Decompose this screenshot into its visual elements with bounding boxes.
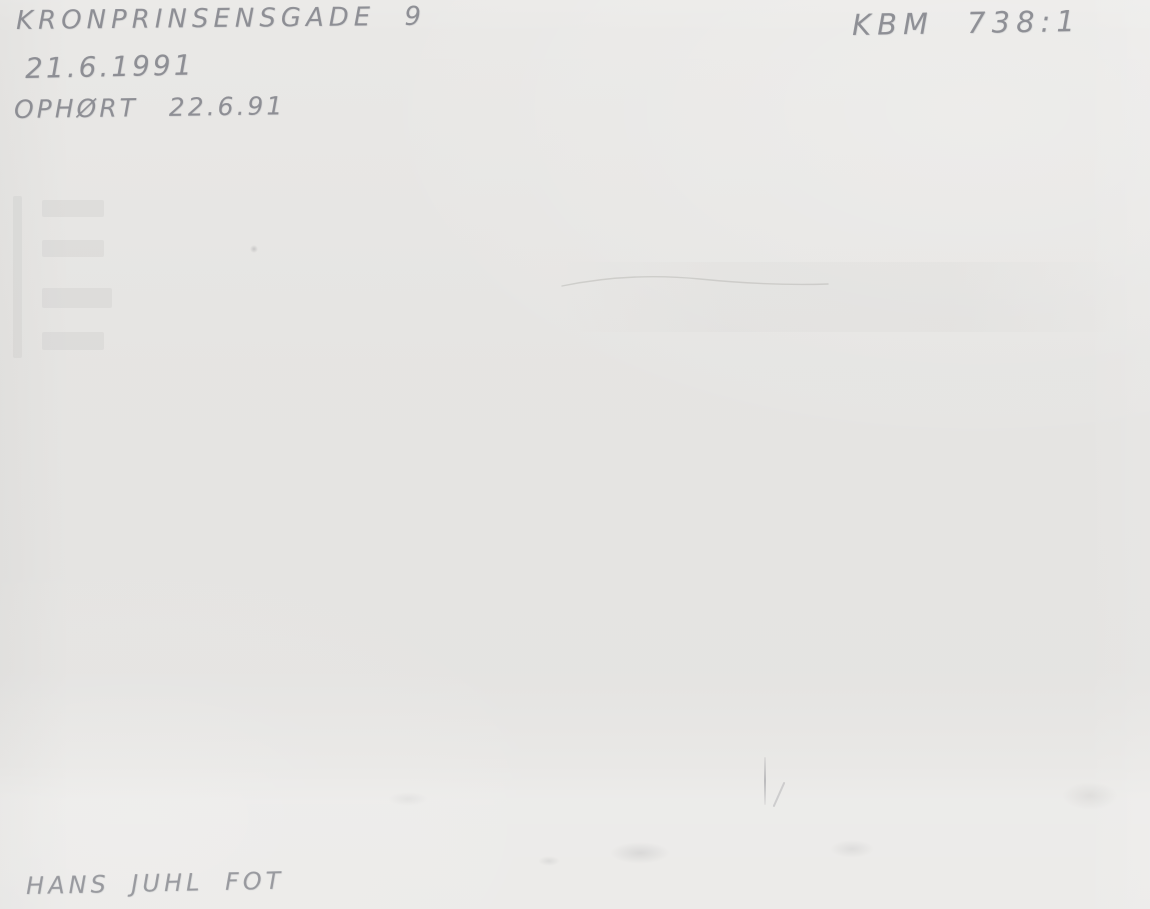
smudge-mark xyxy=(830,840,874,858)
pencil-tick-mark xyxy=(764,757,766,805)
photographer-annotation: HANS JUHL FOT xyxy=(26,867,285,900)
ghost-bleedthrough xyxy=(42,332,104,350)
smudge-mark xyxy=(1062,782,1118,810)
smudge-mark xyxy=(538,856,560,866)
smudge-mark xyxy=(610,842,670,864)
cessation-date-annotation: OPHØRT 22.6.91 xyxy=(14,91,286,124)
ghost-bleedthrough xyxy=(13,196,22,358)
ghost-bleedthrough xyxy=(42,240,104,257)
pencil-tick-mark xyxy=(773,782,786,807)
date-annotation: 21.6.1991 xyxy=(25,48,195,85)
archive-number-annotation: KBM 738:1 xyxy=(852,4,1081,42)
photo-back-scan: KRONPRINSENSGADE 9 21.6.1991 OPHØRT 22.6… xyxy=(0,0,1150,909)
smudge-mark xyxy=(250,245,258,253)
ghost-bleedthrough xyxy=(560,262,1120,332)
paper-texture xyxy=(0,0,1150,909)
scratch-mark xyxy=(560,270,830,294)
address-annotation: KRONPRINSENSGADE 9 xyxy=(16,2,426,36)
ghost-bleedthrough xyxy=(42,200,104,217)
smudge-mark xyxy=(388,792,428,806)
ghost-bleedthrough xyxy=(42,288,112,308)
